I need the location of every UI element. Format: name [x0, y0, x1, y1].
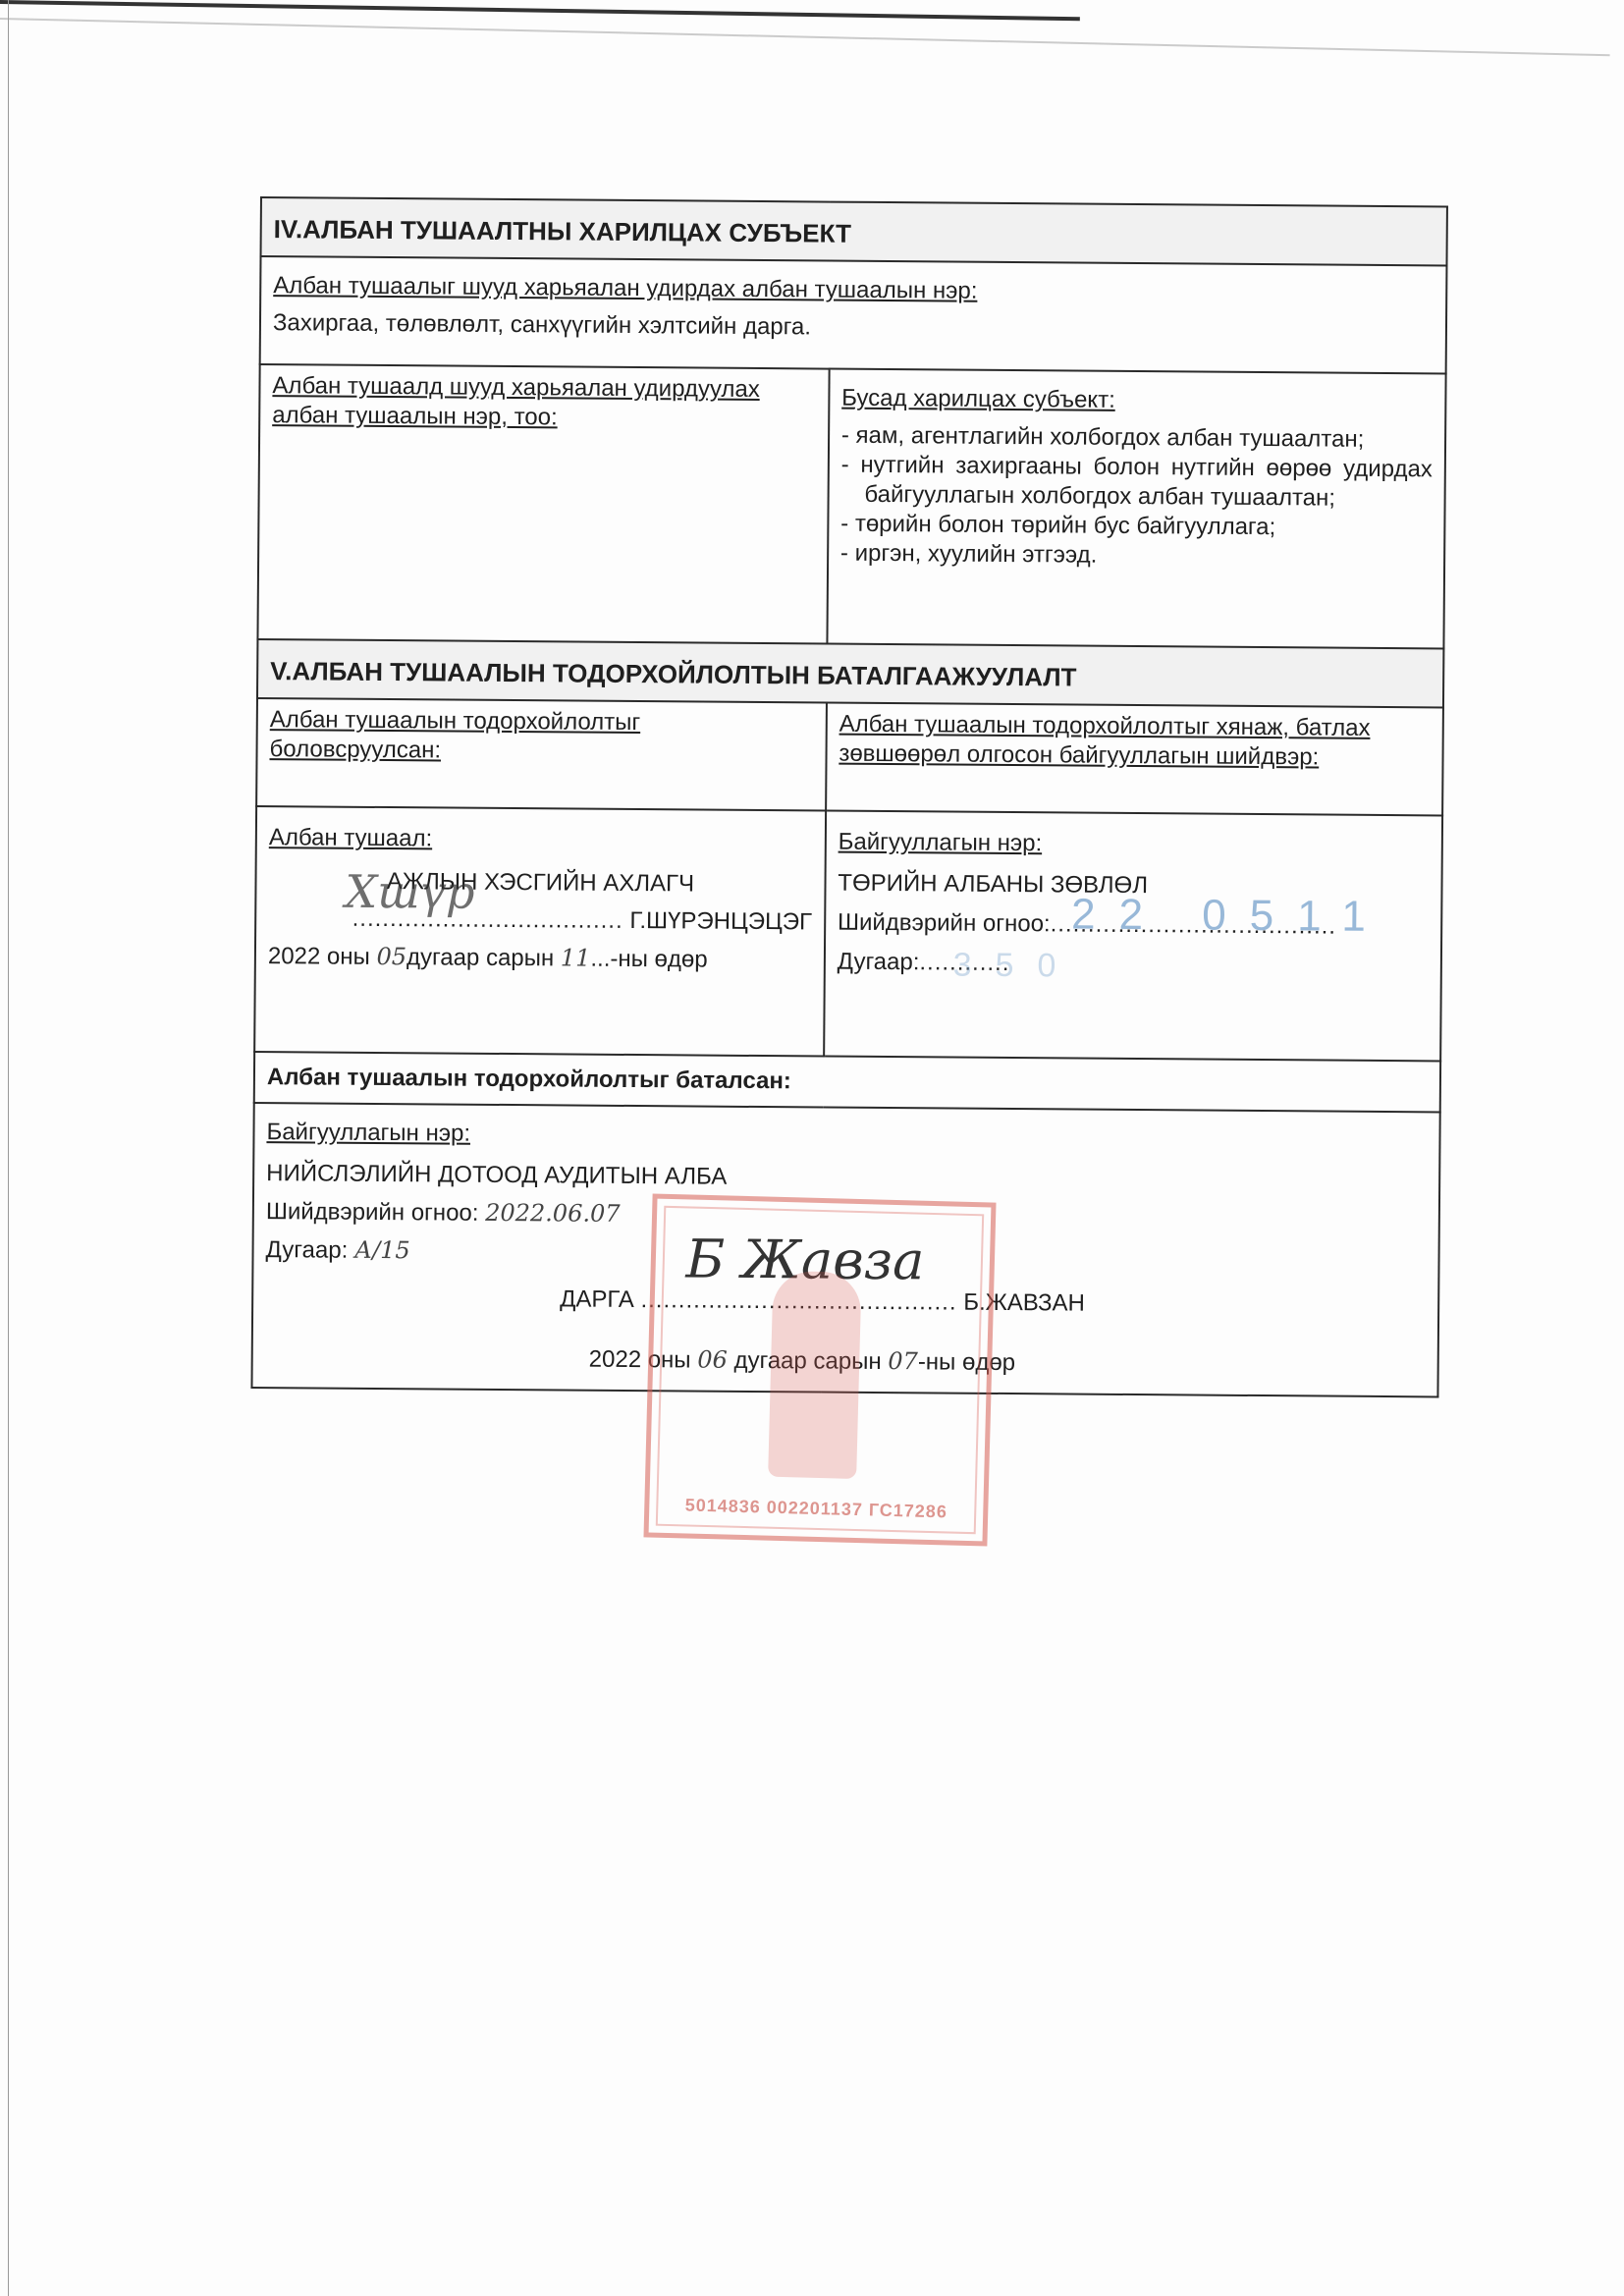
scan-edge-artifact — [8, 0, 9, 2296]
supervisor-label: Албан тушаалыг шууд харьяалан удирдах ал… — [273, 271, 1434, 309]
review-decision-cell: Байгууллагын нэр: ТӨРИЙН АЛБАНЫ ЗӨВЛӨЛ Ш… — [824, 811, 1442, 1062]
preparer-name: Г.ШҮРЭНЦЭЦЭГ — [629, 907, 812, 935]
approved-title: Албан тушаалын тодорхойлолтыг баталсан: — [254, 1052, 1440, 1112]
month-handwritten: 05 — [376, 943, 406, 970]
section-5-title: V.АЛБАН ТУШААЛЫН ТОДОРХОЙЛОЛТЫН БАТАЛГАА… — [257, 639, 1443, 707]
review-org-label: Байгууллагын нэр: — [839, 828, 1430, 862]
decision-number-stamp: 350 — [953, 951, 1080, 981]
date-prefix: 2022 оны — [268, 943, 370, 970]
approved-number-label: Дугаар: — [265, 1236, 348, 1264]
day-suffix: ...-ны өдөр — [590, 946, 707, 973]
supervisor-value: Захиргаа, төлөвлөлт, санхүүгийн хэлтсийн… — [273, 308, 1434, 347]
preparer-signature: Хшүр — [345, 877, 474, 907]
signer-title: ДАРГА — [560, 1285, 634, 1313]
list-item: - иргэн, хуулийн этгээд. — [840, 539, 1432, 574]
prepared-by-cell: Албан тушаал: АЖЛЫН ХЭСГИЙН АХЛАГЧ .....… — [254, 806, 826, 1057]
other-subjects-cell: Бусад харилцах субъект: - яам, агентлаги… — [827, 369, 1445, 649]
prepared-by-header: Албан тушаалын тодорхойлолтыг боловсруул… — [256, 698, 827, 811]
decision-number-label: Дугаар: — [838, 949, 920, 976]
review-decision-label: Албан тушаалын тодорхойлолтыг хянаж, бат… — [839, 710, 1431, 774]
list-item: - нутгийн захиргааны болон нутгийн өөрөө… — [840, 451, 1433, 515]
section-4-title: IV.АЛБАН ТУШААЛТНЫ ХАРИЛЦАХ СУБЪЕКТ — [261, 197, 1447, 265]
official-seal-stamp: 5014836 002201137 ГС17286 — [643, 1193, 996, 1546]
position-label: Албан тушаал: — [269, 823, 813, 856]
stamp-codes: 5014836 002201137 ГС17286 — [649, 1495, 983, 1524]
decision-date-label: Шийдвэрийн огноо: — [838, 909, 1051, 938]
approved-date-label: Шийдвэрийн огноо: — [266, 1198, 479, 1227]
other-subjects-label: Бусад харилцах субъект: — [841, 384, 1433, 418]
prepared-by-label: Албан тушаалын тодорхойлолтыг боловсруул… — [269, 705, 813, 768]
day-handwritten: 11 — [561, 944, 591, 971]
subordinates-cell: Албан тушаалд шууд харьяалан удирдуулах … — [257, 364, 829, 644]
month-suffix: дугаар сарын — [406, 944, 554, 971]
list-item: - төрийн болон төрийн бус байгууллага; — [840, 510, 1432, 544]
other-subjects-list: - яам, агентлагийн холбогдох албан тушаа… — [840, 421, 1433, 574]
subordinates-label: Албан тушаалд шууд харьяалан удирдуулах … — [272, 371, 816, 434]
scan-edge-artifact — [0, 0, 1080, 21]
approved-number-handwritten: А/15 — [354, 1236, 410, 1264]
approved-org-label: Байгууллагын нэр: — [266, 1118, 1427, 1156]
approved-org-value: НИЙСЛЭЛИЙН ДОТООД АУДИТЫН АЛБА — [266, 1159, 1427, 1197]
list-item: - яам, агентлагийн холбогдох албан тушаа… — [841, 421, 1433, 456]
decision-date-stamp: 22 0511 — [1071, 901, 1389, 933]
scan-edge-artifact — [0, 18, 1610, 56]
approved-date-handwritten: 2022.06.07 — [485, 1199, 621, 1228]
supervisor-cell: Албан тушаалыг шууд харьяалан удирдах ал… — [260, 256, 1447, 373]
soyombo-emblem-icon — [768, 1271, 861, 1479]
review-decision-header: Албан тушаалын тодорхойлолтыг хянаж, бат… — [826, 703, 1443, 816]
